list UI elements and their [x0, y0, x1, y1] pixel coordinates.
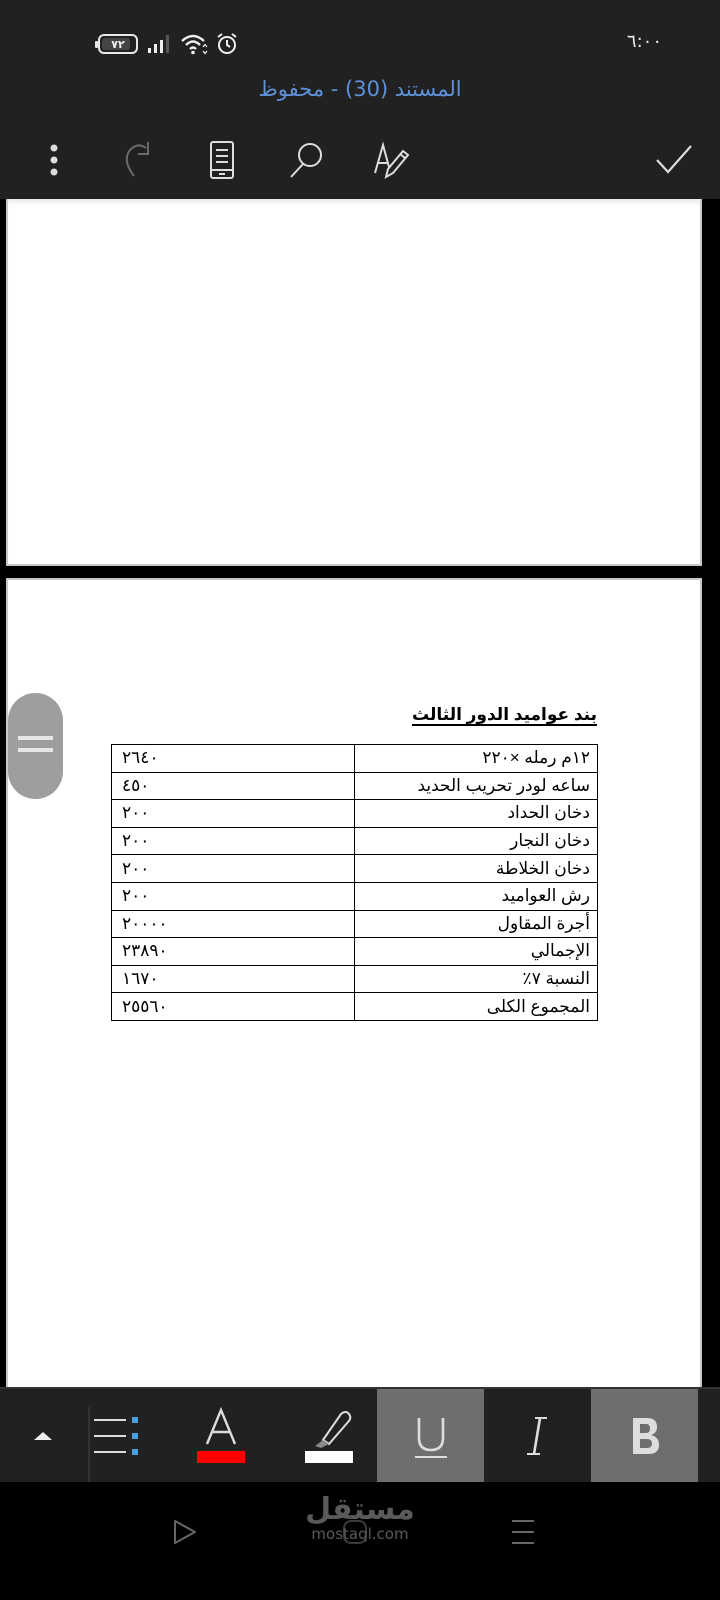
document-canvas[interactable]: بند عواميد الدور الثالث ١٢م رمله ×٢٢٠٢٦٤…: [0, 199, 720, 1387]
alarm-icon: [216, 32, 238, 56]
redo-button[interactable]: [108, 130, 168, 190]
bold-icon: [629, 1416, 661, 1456]
battery-level: ٧٢: [111, 38, 124, 51]
top-toolbar: [0, 120, 720, 199]
more-vertical-icon: [47, 140, 61, 180]
table-row: ساعه لودر تحريب الحديد٤٥٠: [112, 772, 598, 800]
recents-icon: [509, 1518, 537, 1546]
underline-button[interactable]: [377, 1389, 484, 1482]
amount-cell[interactable]: ٢٠٠: [112, 882, 355, 910]
table-row: ١٢م رمله ×٢٢٠٢٦٤٠: [112, 745, 598, 773]
draw-button[interactable]: [362, 130, 422, 190]
table-row: المجموع الكلى٢٥٥٦٠: [112, 993, 598, 1021]
item-cell[interactable]: رش العواميد: [355, 882, 598, 910]
table-row: دخان الخلاطة٢٠٠: [112, 855, 598, 883]
system-nav-bar: مستقل mostaql.com: [0, 1482, 720, 1600]
item-cell[interactable]: دخان الحداد: [355, 800, 598, 828]
item-cell[interactable]: دخان النجار: [355, 827, 598, 855]
format-toolbar: [0, 1387, 720, 1482]
check-icon: [654, 140, 694, 180]
table-row: رش العواميد٢٠٠: [112, 882, 598, 910]
table-row: أجرة المقاول٢٠٠٠٠: [112, 910, 598, 938]
page-2[interactable]: بند عواميد الدور الثالث ١٢م رمله ×٢٢٠٢٦٤…: [6, 578, 702, 1387]
status-time: ٦:٠٠: [627, 31, 662, 52]
item-cell[interactable]: المجموع الكلى: [355, 993, 598, 1021]
table-row: الإجمالي٢٣٨٩٠: [112, 938, 598, 966]
status-icons: ٧٢: [98, 30, 238, 58]
play-back-icon: [171, 1518, 199, 1546]
bold-button[interactable]: [591, 1389, 698, 1482]
wifi-icon: [180, 32, 208, 56]
highlighter-icon: [303, 1406, 355, 1466]
bullet-list-button[interactable]: [88, 1389, 144, 1482]
item-cell[interactable]: ١٢م رمله ×٢٢٠: [355, 745, 598, 773]
highlight-button[interactable]: [288, 1389, 370, 1482]
grip-line: [18, 748, 53, 752]
grip-line: [18, 736, 53, 740]
amount-cell[interactable]: ٢٥٥٦٠: [112, 993, 355, 1021]
italic-icon: [523, 1414, 553, 1458]
amount-cell[interactable]: ٢٠٠: [112, 855, 355, 883]
scroll-handle[interactable]: [8, 693, 63, 799]
caret-up-icon: [32, 1429, 54, 1443]
more-options-button[interactable]: [24, 130, 84, 190]
title-bar: المستند (30) - محفوظ: [0, 70, 720, 120]
battery-icon: ٧٢: [98, 34, 138, 54]
done-button[interactable]: [644, 130, 704, 190]
section-heading: بند عواميد الدور الثالث: [412, 705, 597, 725]
table-row: دخان الحداد٢٠٠: [112, 800, 598, 828]
draw-pen-icon: [371, 139, 413, 181]
amount-cell[interactable]: ١٦٧٠: [112, 965, 355, 993]
amount-cell[interactable]: ٢٣٨٩٠: [112, 938, 355, 966]
nav-back-button[interactable]: [150, 1502, 220, 1562]
home-icon: [342, 1519, 368, 1545]
item-cell[interactable]: الإجمالي: [355, 938, 598, 966]
mobile-view-button[interactable]: [192, 130, 252, 190]
item-cell[interactable]: ساعه لودر تحريب الحديد: [355, 772, 598, 800]
item-cell[interactable]: أجرة المقاول: [355, 910, 598, 938]
nav-home-button[interactable]: [320, 1502, 390, 1562]
amount-cell[interactable]: ٤٥٠: [112, 772, 355, 800]
amount-cell[interactable]: ٢٠٠: [112, 827, 355, 855]
font-color-button[interactable]: [180, 1389, 262, 1482]
page-1[interactable]: [6, 199, 702, 566]
document-title[interactable]: المستند (30) - محفوظ: [0, 70, 720, 108]
list-icon: [92, 1415, 140, 1457]
underline-icon: [411, 1412, 451, 1460]
expand-ribbon-button[interactable]: [0, 1389, 86, 1482]
redo-icon: [118, 140, 158, 180]
find-button[interactable]: [276, 130, 336, 190]
font-color-icon: [195, 1406, 247, 1466]
italic-button[interactable]: [484, 1389, 591, 1482]
mobile-view-icon: [208, 140, 236, 180]
nav-recents-button[interactable]: [488, 1502, 558, 1562]
status-bar: ٧٢ ٦:٠٠: [0, 0, 720, 70]
table-row: النسبة ٧٪١٦٧٠: [112, 965, 598, 993]
item-cell[interactable]: النسبة ٧٪: [355, 965, 598, 993]
amount-cell[interactable]: ٢٠٠٠٠: [112, 910, 355, 938]
amount-cell[interactable]: ٢٦٤٠: [112, 745, 355, 773]
item-cell[interactable]: دخان الخلاطة: [355, 855, 598, 883]
amount-cell[interactable]: ٢٠٠: [112, 800, 355, 828]
search-icon: [286, 140, 326, 180]
cost-table: ١٢م رمله ×٢٢٠٢٦٤٠ ساعه لودر تحريب الحديد…: [111, 744, 598, 1021]
signal-icon: [146, 33, 172, 55]
table-row: دخان النجار٢٠٠: [112, 827, 598, 855]
